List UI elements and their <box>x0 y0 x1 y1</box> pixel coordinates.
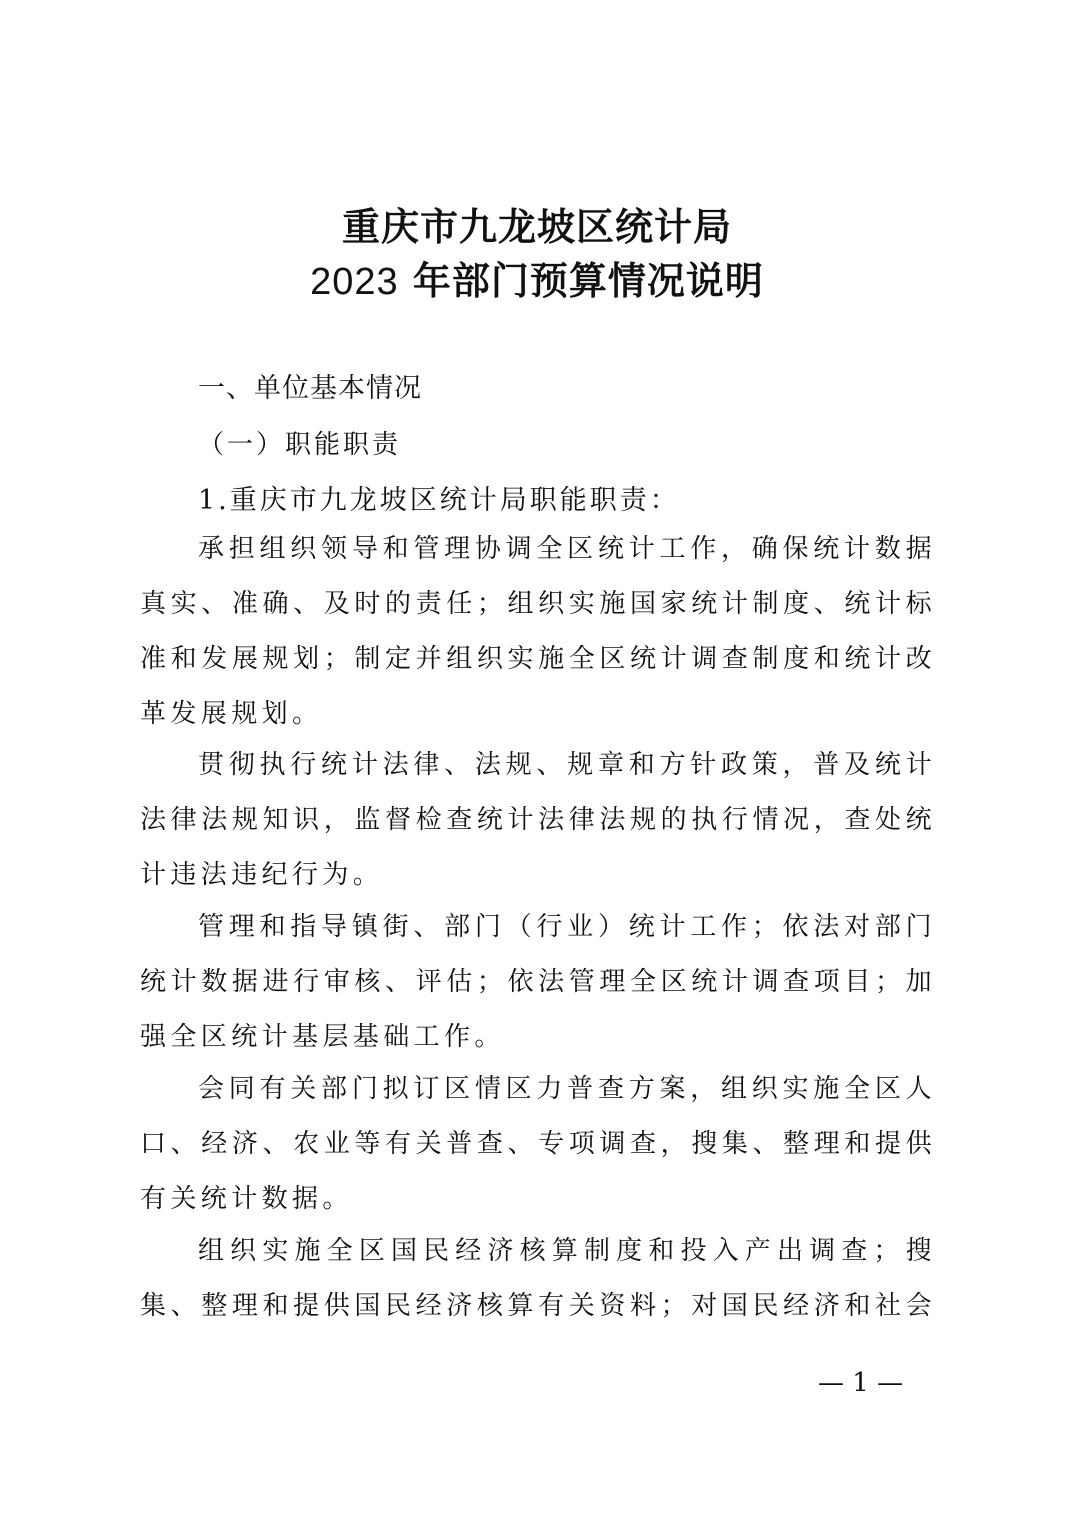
document-page: 重庆市九龙坡区统计局 2023 年部门预算情况说明 一、单位基本情况 （一）职能… <box>0 0 1074 1520</box>
section-heading-unit-basic-info: 一、单位基本情况 <box>198 366 422 405</box>
paragraph-5: 组织实施全区国民经济核算制度和投入产出调查；搜集、整理和提供国民经济核算有关资料… <box>140 1224 936 1334</box>
paragraph-2: 贯彻执行统计法律、法规、规章和方针政策，普及统计法律法规知识，监督检查统计法律法… <box>140 738 936 903</box>
document-title-line2: 2023 年部门预算情况说明 <box>0 250 1074 305</box>
paragraph-3: 管理和指导镇街、部门（行业）统计工作；依法对部门统计数据进行审核、评估；依法管理… <box>140 900 936 1065</box>
paragraph-4: 会同有关部门拟订区情区力普查方案，组织实施全区人口、经济、农业等有关普查、专项调… <box>140 1062 936 1227</box>
paragraph-1: 承担组织领导和管理协调全区统计工作，确保统计数据真实、准确、及时的责任；组织实施… <box>140 522 936 742</box>
item-heading-bureau-functions: 1.重庆市九龙坡区统计局职能职责： <box>198 478 680 517</box>
title-rest: 年部门预算情况说明 <box>413 258 764 303</box>
page-number: — 1 — <box>818 1368 903 1398</box>
subsection-heading-functions: （一）职能职责 <box>198 424 401 461</box>
document-title-line1: 重庆市九龙坡区统计局 <box>0 196 1074 251</box>
title-year: 2023 <box>310 261 399 303</box>
